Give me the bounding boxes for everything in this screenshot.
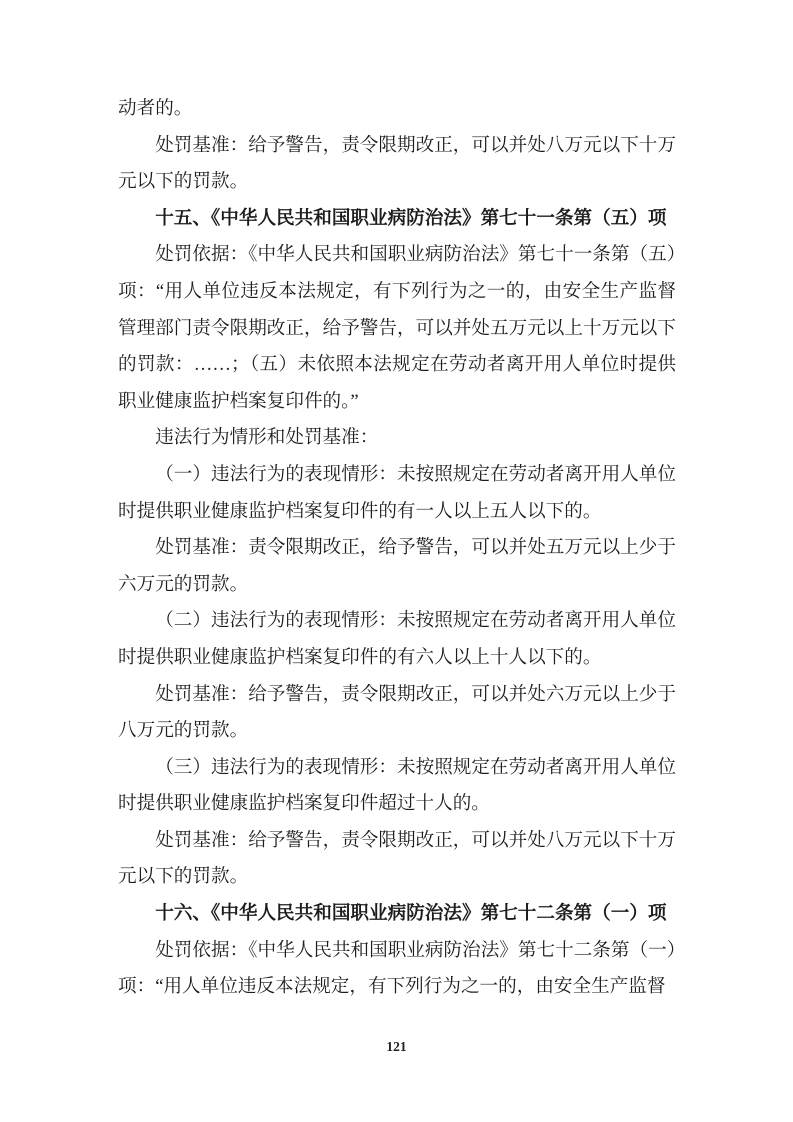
section-heading-15: 十五、《中华人民共和国职业病防治法》第七十一条第（五）项 [118,201,676,238]
paragraph-violation-item-2: （二）违法行为的表现情形：未按照规定在劳动者离开用人单位时提供职业健康监护档案复… [118,603,676,676]
paragraph-penalty-basis-16: 处罚依据：《中华人民共和国职业病防治法》第七十二条第（一）项：“用人单位违反本法… [118,933,676,1006]
section-heading-16: 十六、《中华人民共和国职业病防治法》第七十二条第（一）项 [118,896,676,933]
paragraph-violation-intro: 违法行为情形和处罚基准： [118,420,676,457]
page-number: 121 [0,1038,793,1056]
paragraph-penalty-standard: 处罚基准：给予警告，责令限期改正，可以并处八万元以下十万元以下的罚款。 [118,128,676,201]
paragraph-continuation: 动者的。 [118,91,676,128]
document-page: 动者的。 处罚基准：给予警告，责令限期改正，可以并处八万元以下十万元以下的罚款。… [0,0,793,1122]
paragraph-violation-item-3: （三）违法行为的表现情形：未按照规定在劳动者离开用人单位时提供职业健康监护档案复… [118,750,676,823]
document-body: 动者的。 处罚基准：给予警告，责令限期改正，可以并处八万元以下十万元以下的罚款。… [118,91,676,1006]
paragraph-penalty-item-2: 处罚基准：给予警告，责令限期改正，可以并处六万元以上少于八万元的罚款。 [118,677,676,750]
paragraph-penalty-item-3: 处罚基准：给予警告，责令限期改正，可以并处八万元以下十万元以下的罚款。 [118,823,676,896]
paragraph-penalty-item-1: 处罚基准：责令限期改正，给予警告，可以并处五万元以上少于六万元的罚款。 [118,530,676,603]
paragraph-penalty-basis-15: 处罚依据：《中华人民共和国职业病防治法》第七十一条第（五）项：“用人单位违反本法… [118,237,676,420]
paragraph-violation-item-1: （一）违法行为的表现情形：未按照规定在劳动者离开用人单位时提供职业健康监护档案复… [118,457,676,530]
